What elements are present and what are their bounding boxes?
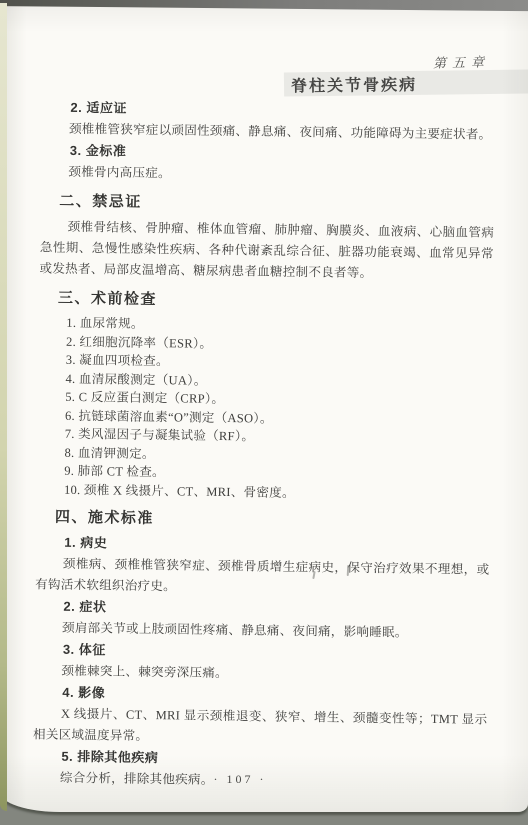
paragraph-history: 颈椎病、颈椎椎管狭窄症、颈椎骨质增生症病史，保守治疗效果不理想，或有钩活术软组织… bbox=[35, 553, 490, 601]
book-page: 第五章 脊柱关节骨疾病 2. 适应证 颈椎椎管狭窄症以顽固性颈痛、静息痛、夜间痛… bbox=[0, 0, 528, 812]
paragraph-contraindication: 颈椎骨结核、骨肿瘤、椎体血管瘤、肺肿瘤、胸膜炎、血液病、心脑血管病急性期、急慢性… bbox=[39, 216, 494, 285]
running-head-chapter-number: 第五章 bbox=[433, 51, 490, 71]
running-head-chapter-title: 脊柱关节骨疾病 bbox=[284, 71, 417, 96]
heading-procedure-criteria: 四、施术标准 bbox=[36, 506, 490, 534]
page-body: 2. 适应证 颈椎椎管狭窄症以顽固性颈痛、静息痛、夜间痛、功能障碍为主要症状者。… bbox=[32, 96, 496, 794]
page-number: · 107 · bbox=[0, 772, 480, 787]
preop-exam-list: 1. 血尿常规。 2. 红细胞沉降率（ESR）。 3. 凝血四项检查。 4. 血… bbox=[36, 313, 493, 504]
paragraph-imaging: X 线摄片、CT、MRI 显示颈椎退变、狭窄、增生、颈髓变性等；TMT 显示相关… bbox=[33, 703, 488, 751]
book-spine-edge bbox=[0, 3, 7, 811]
heading-preop-exam: 三、术前检查 bbox=[39, 287, 493, 315]
heading-contraindication: 二、禁忌证 bbox=[40, 190, 494, 218]
running-head-band: 脊柱关节骨疾病 bbox=[284, 69, 528, 96]
